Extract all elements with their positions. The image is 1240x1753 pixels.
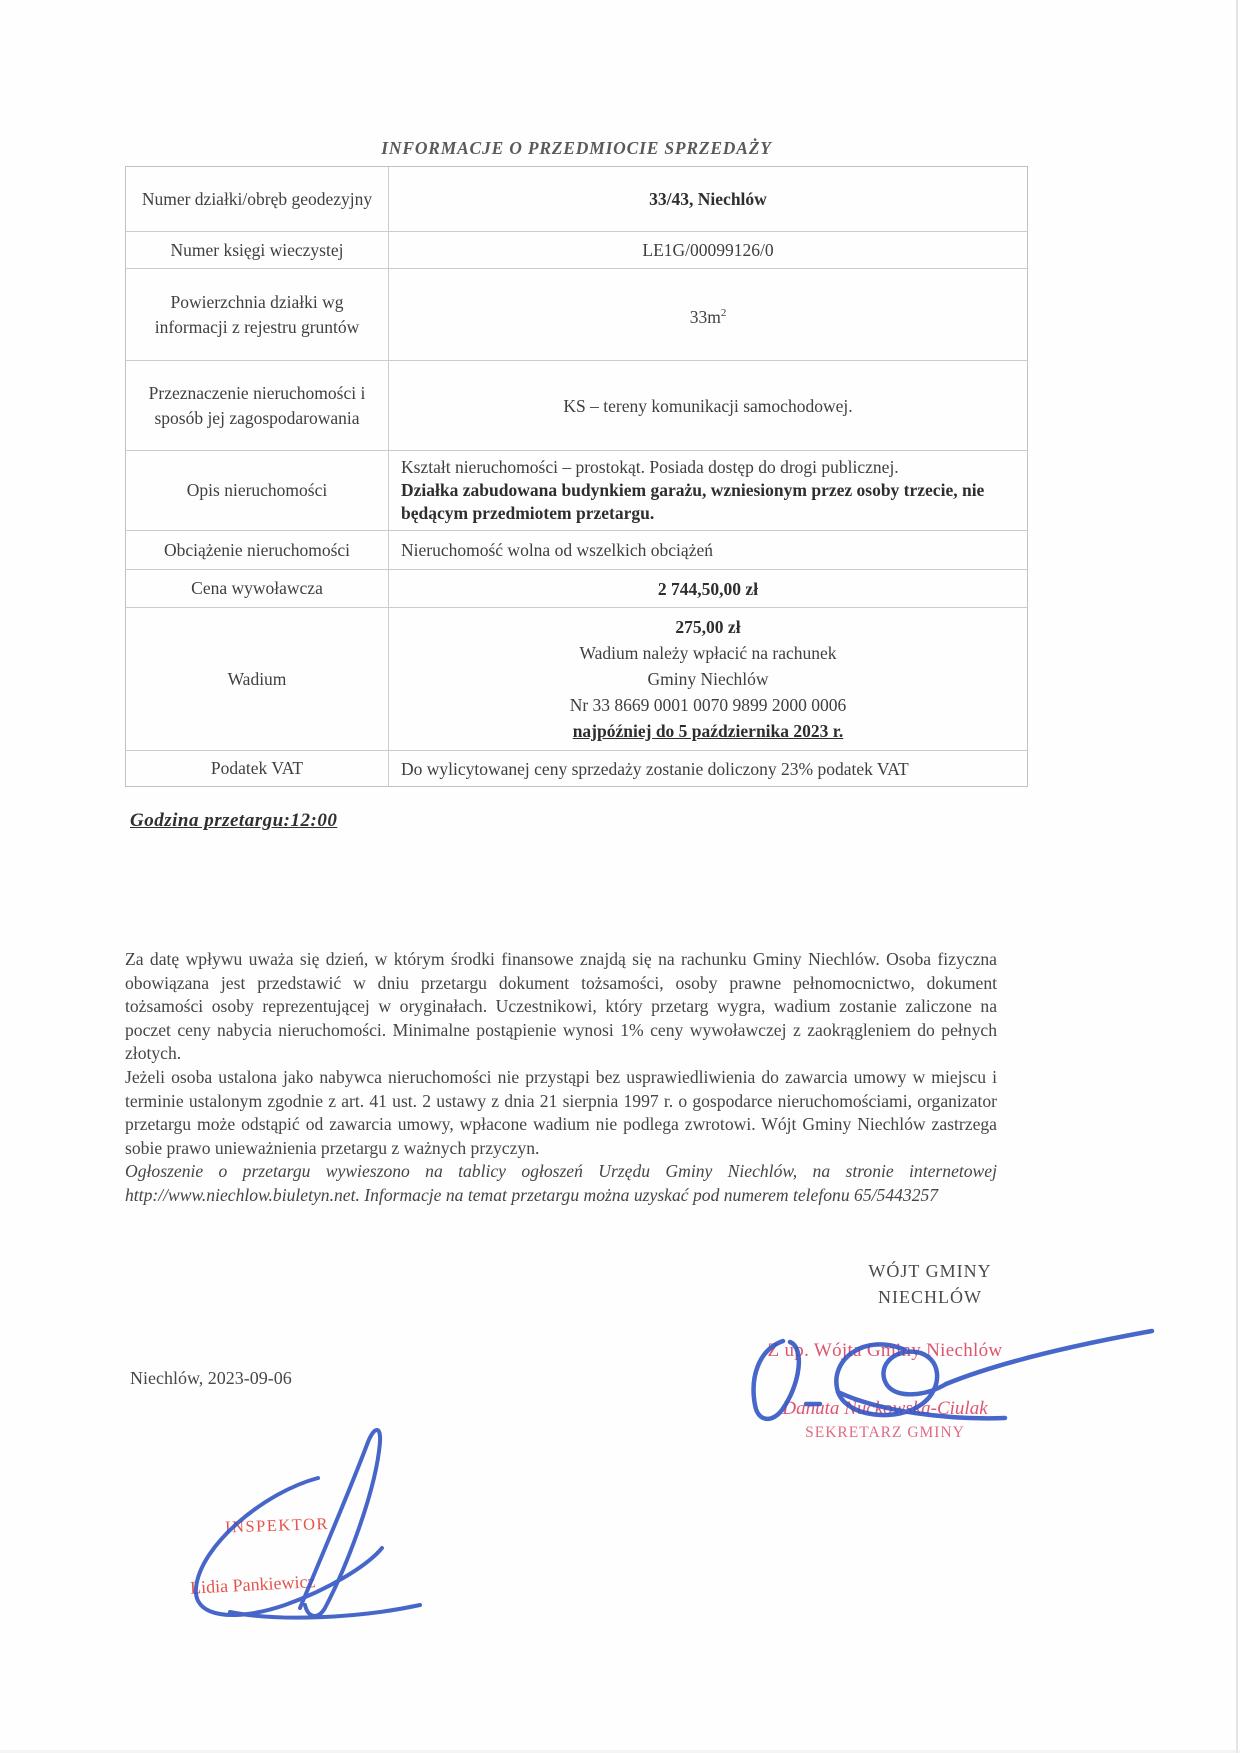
row-label-zoning: Przeznaczenie nieruchomości i sposób jej… (126, 361, 389, 450)
mayor-title-line2: NIECHLÓW (815, 1284, 1045, 1310)
land-register-value: LE1G/00099126/0 (642, 238, 773, 262)
row-label-description: Opis nieruchomości (126, 451, 389, 530)
row-label-starting-price: Cena wywoławcza (126, 570, 389, 607)
area-value: 33m2 (690, 301, 727, 329)
row-value-plot-number: 33/43, Niechlów (389, 167, 1027, 231)
stamp-secretary-name: Danuta Nuckowska-Ciulak (740, 1398, 1030, 1420)
description-line-normal: Kształt nieruchomości – prostokąt. Posia… (401, 456, 899, 479)
deposit-amount: 275,00 zł (675, 614, 740, 640)
mayor-title-line1: WÓJT GMINY (815, 1258, 1045, 1284)
stamp-secretary-title: SEKRETARZ GMINY (740, 1424, 1030, 1442)
row-label-area: Powierzchnia działki wg informacji z rej… (126, 269, 389, 360)
description-line-bold: Działka zabudowana budynkiem garażu, wzn… (401, 479, 1015, 525)
stamp-inspector-name: Lidia Pankiewicz (190, 1568, 371, 1598)
table-row: Przeznaczenie nieruchomości i sposób jej… (126, 361, 1027, 451)
table-row: Obciążenie nieruchomości Nieruchomość wo… (126, 531, 1027, 570)
vat-value: Do wylicytowanej ceny sprzedaży zostanie… (401, 757, 909, 781)
row-label-encumbrance: Obciążenie nieruchomości (126, 531, 389, 569)
table-row: Podatek VAT Do wylicytowanej ceny sprzed… (126, 751, 1027, 786)
deposit-instruction: Wadium należy wpłacić na rachunek (579, 640, 836, 666)
table-row: Numer działki/obręb geodezyjny 33/43, Ni… (126, 167, 1027, 232)
zoning-value: KS – tereny komunikacji samochodowej. (563, 394, 852, 418)
deposit-deadline: najpóźniej do 5 października 2023 r. (573, 718, 844, 744)
table-row: Numer księgi wieczystej LE1G/00099126/0 (126, 232, 1027, 269)
table-row: Powierzchnia działki wg informacji z rej… (126, 269, 1027, 361)
scanned-document-page: INFORMACJE O PRZEDMIOCIE SPRZEDAŻY Numer… (0, 0, 1240, 1753)
row-value-land-register: LE1G/00099126/0 (389, 232, 1027, 268)
row-value-starting-price: 2 744,50,00 zł (389, 570, 1027, 607)
row-label-land-register: Numer księgi wieczystej (126, 232, 389, 268)
property-info-table: Numer działki/obręb geodezyjny 33/43, Ni… (125, 166, 1028, 787)
table-row: Wadium 275,00 zł Wadium należy wpłacić n… (126, 608, 1027, 751)
document-title: INFORMACJE O PRZEDMIOCIE SPRZEDAŻY (125, 138, 1028, 159)
deposit-recipient: Gminy Niechlów (647, 666, 768, 692)
row-value-zoning: KS – tereny komunikacji samochodowej. (389, 361, 1027, 450)
row-label-vat: Podatek VAT (126, 751, 389, 786)
scan-edge-artifact (1236, 0, 1238, 1753)
place-and-date: Niechlów, 2023-09-06 (130, 1368, 292, 1389)
terms-paragraphs: Za datę wpływu uważa się dzień, w którym… (125, 948, 997, 1208)
row-value-area: 33m2 (389, 269, 1027, 360)
auction-hour: Godzina przetargu:12:00 (130, 810, 337, 832)
paragraph-announcement-info: Ogłoszenie o przetargu wywieszono na tab… (125, 1160, 997, 1207)
row-value-vat: Do wylicytowanej ceny sprzedaży zostanie… (389, 751, 1027, 786)
deposit-account-number: Nr 33 8669 0001 0070 9899 2000 0006 (570, 692, 847, 718)
row-label-deposit: Wadium (126, 608, 389, 750)
area-superscript: 2 (721, 307, 727, 319)
row-value-encumbrance: Nieruchomość wolna od wszelkich obciążeń (389, 531, 1027, 569)
starting-price-value: 2 744,50,00 zł (658, 577, 758, 601)
encumbrance-value: Nieruchomość wolna od wszelkich obciążeń (401, 538, 713, 562)
paragraph-withdrawal-terms: Jeżeli osoba ustalona jako nabywca nieru… (125, 1066, 997, 1160)
mayor-signature-title: WÓJT GMINY NIECHLÓW (815, 1258, 1045, 1310)
table-row: Cena wywoławcza 2 744,50,00 zł (126, 570, 1027, 608)
secretary-stamp: Z up. Wójta Gminy Niechlów Danuta Nuckow… (740, 1340, 1030, 1442)
row-label-plot-number: Numer działki/obręb geodezyjny (126, 167, 389, 231)
stamp-authorization-line: Z up. Wójta Gminy Niechlów (740, 1340, 1030, 1362)
inspector-stamp: INSPEKTOR Lidia Pankiewicz (190, 1515, 370, 1594)
paragraph-payment-terms: Za datę wpływu uważa się dzień, w którym… (125, 948, 997, 1066)
plot-number-value: 33/43, Niechlów (649, 187, 767, 211)
stamp-inspector-title: INSPEKTOR (225, 1512, 371, 1537)
row-value-deposit: 275,00 zł Wadium należy wpłacić na rachu… (389, 608, 1027, 750)
table-row: Opis nieruchomości Kształt nieruchomości… (126, 451, 1027, 531)
row-value-description: Kształt nieruchomości – prostokąt. Posia… (389, 451, 1027, 530)
